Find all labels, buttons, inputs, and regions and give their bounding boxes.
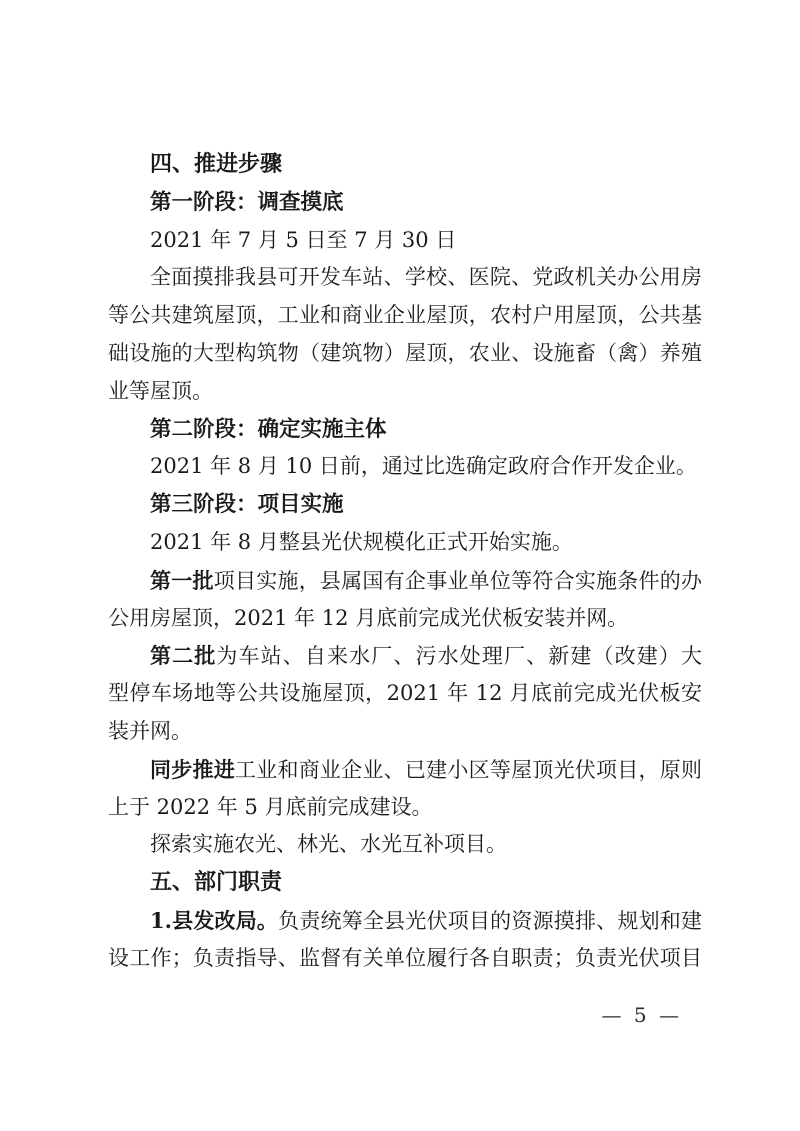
dept-1-label: 1.县发改局。 (150, 908, 278, 933)
stage-2-heading: 第二阶段：确定实施主体 (108, 411, 702, 449)
survey-paragraph-line-1: 全面摸排我县可开发车站、学校、医院、党政机关办公用房 (108, 259, 702, 297)
section-heading-4: 四、推进步骤 (108, 146, 702, 184)
sync-advance-line-1: 同步推进工业和商业企业、已建小区等屋顶光伏项目，原则 (108, 751, 702, 789)
batch-1-line-2: 公用房屋顶，2021 年 12 月底前完成光伏板安装并网。 (108, 600, 702, 638)
dept-1-line-2: 设工作；负责指导、监督有关单位履行各自职责；负责光伏项目 (108, 940, 702, 978)
section-heading-5: 五、部门职责 (108, 864, 702, 902)
sync-advance-label: 同步推进 (150, 757, 235, 782)
batch-1-label: 第一批 (150, 568, 214, 593)
explore-projects-line: 探索实施农光、林光、水光互补项目。 (108, 826, 702, 864)
document-page: 四、推进步骤 第一阶段：调查摸底 2021 年 7 月 5 日至 7 月 30 … (0, 0, 800, 1131)
batch-1-line-1: 第一批项目实施，县属国有企事业单位等符合实施条件的办 (108, 562, 702, 600)
stage-1-date: 2021 年 7 月 5 日至 7 月 30 日 (108, 222, 702, 260)
batch-2-line-1: 第二批为车站、自来水厂、污水处理厂、新建（改建）大 (108, 637, 702, 675)
dept-1-line-1: 1.县发改局。负责统筹全县光伏项目的资源摸排、规划和建 (108, 902, 702, 940)
stage-1-heading: 第一阶段：调查摸底 (108, 184, 702, 222)
sync-advance-text: 工业和商业企业、已建小区等屋顶光伏项目，原则 (235, 758, 702, 782)
stage-3-heading: 第三阶段：项目实施 (108, 486, 702, 524)
batch-2-line-3: 装并网。 (108, 713, 702, 751)
dept-1-text: 负责统筹全县光伏项目的资源摸排、规划和建 (278, 909, 702, 933)
document-body: 四、推进步骤 第一阶段：调查摸底 2021 年 7 月 5 日至 7 月 30 … (108, 146, 702, 978)
survey-paragraph-line-4: 业等屋顶。 (108, 373, 702, 411)
batch-2-line-2: 型停车场地等公共设施屋顶，2021 年 12 月底前完成光伏板安 (108, 675, 702, 713)
survey-paragraph-line-3: 础设施的大型构筑物（建筑物）屋顶，农业、设施畜（禽）养殖 (108, 335, 702, 373)
stage-2-text: 2021 年 8 月 10 日前，通过比选确定政府合作开发企业。 (108, 448, 702, 486)
stage-3-text: 2021 年 8 月整县光伏规模化正式开始实施。 (108, 524, 702, 562)
sync-advance-line-2: 上于 2022 年 5 月底前完成建设。 (108, 789, 702, 827)
batch-2-text: 为车站、自来水厂、污水处理厂、新建（改建）大 (216, 644, 702, 668)
batch-2-label: 第二批 (150, 643, 216, 668)
survey-paragraph-line-2: 等公共建筑屋顶，工业和商业企业屋顶，农村户用屋顶，公共基 (108, 297, 702, 335)
batch-1-text: 项目实施，县属国有企事业单位等符合实施条件的办 (214, 569, 702, 593)
page-number: — 5 — (602, 1003, 682, 1027)
